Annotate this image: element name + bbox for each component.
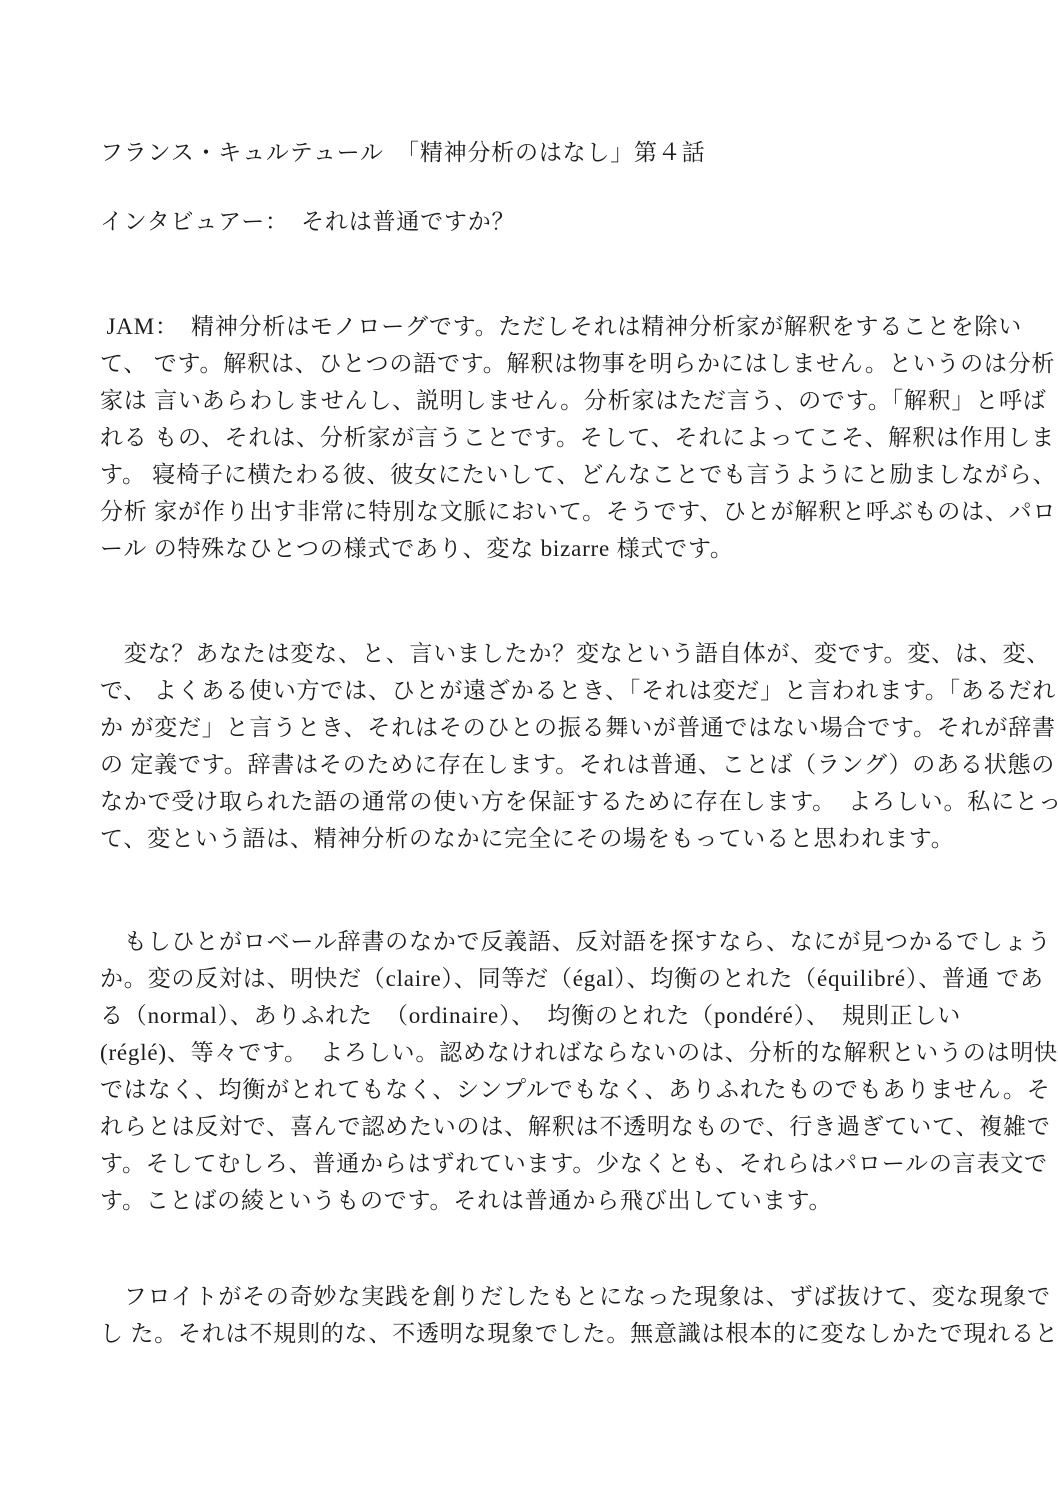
text-line: か。変の反対は、明快だ（claire）、同等だ（égal）、均衡のとれた（équ…	[100, 960, 962, 997]
text-line: す。 寝椅子に横たわる彼、彼女にたいして、どんなことでも言うようにと励ましながら…	[100, 456, 962, 493]
text-line: れらとは反対で、喜んで認めたいのは、解釈は不透明なもので、行き過ぎていて、複雑で	[100, 1108, 962, 1145]
text-line: 家は 言いあらわしませんし、説明しません。分析家はただ言う、のです。「解釈」と呼…	[100, 382, 962, 419]
text-line: 分析 家が作り出す非常に特別な文脈において。そうです、ひとが解釈と呼ぶものは、パ…	[100, 493, 962, 530]
text-line: る（normal）、ありふれた （ordinaire）、 均衡のとれた（pond…	[100, 997, 962, 1034]
paragraph-jam-answer-2: 変な？あなたは変な、と、言いましたか？変なという語自体が、変です。変、は、変、 …	[100, 635, 962, 857]
text-line: て、 です。解釈は、ひとつの語です。解釈は物事を明らかにはしません。というのは分…	[100, 345, 962, 382]
text-line: し た。それは不規則的な、不透明な現象でした。無意識は根本的に変なしかたで現れる…	[100, 1315, 962, 1352]
paragraph-jam-answer-1: JAM： 精神分析はモノローグです。ただしそれは精神分析家が解釈をすることを除い…	[100, 308, 962, 567]
text-line: ール の特殊なひとつの様式であり、変な bizarre 様式です。	[100, 530, 962, 567]
text-line: て、変という語は、精神分析のなかに完全にその場をもっていると思われます。	[100, 820, 962, 857]
paragraph-jam-answer-3: もしひとがロベール辞書のなかで反義語、反対語を探すなら、なにが見つかるでしょう …	[100, 923, 962, 1219]
text-line: もしひとがロベール辞書のなかで反義語、反対語を探すなら、なにが見つかるでしょう	[100, 923, 962, 960]
interviewer-question: インタビュアー： それは普通ですか？	[100, 203, 962, 240]
text-line: す。ことばの綾というものです。それは普通から飛び出しています。	[100, 1182, 962, 1219]
text-line: れる もの、それは、分析家が言うことです。そして、それによってこそ、解釈は作用し…	[100, 419, 962, 456]
text-line: (réglé)、等々です。 よろしい。認めなければならないのは、分析的な解釈とい…	[100, 1034, 962, 1071]
text-line: ではなく、均衡がとれてもなく、シンプルでもなく、ありふれたものでもありません。そ	[100, 1071, 962, 1108]
text-line: フロイトがその奇妙な実践を創りだしたもとになった現象は、ずば抜けて、変な現象で	[100, 1278, 962, 1315]
text-line: の 定義です。辞書はそのために存在します。それは普通、ことば（ラング）のある状態…	[100, 746, 962, 783]
text-line: す。そしてむしろ、普通からはずれています。少なくとも、それらはパロールの言表文で	[100, 1145, 962, 1182]
text-line: 変な？あなたは変な、と、言いましたか？変なという語自体が、変です。変、は、変、	[100, 635, 962, 672]
text-line: なかで受け取られた語の通常の使い方を保証するために存在します。 よろしい。私にと…	[100, 783, 962, 820]
document-page: フランス・キュルテュール 「精神分析のはなし」第４話 インタビュアー： それは普…	[0, 0, 1058, 1497]
text-line: か が変だ」と言うとき、それはそのひとの振る舞いが普通ではない場合です。それが辞…	[100, 709, 962, 746]
document-title: フランス・キュルテュール 「精神分析のはなし」第４話	[100, 134, 962, 171]
paragraph-jam-answer-4: フロイトがその奇妙な実践を創りだしたもとになった現象は、ずば抜けて、変な現象で …	[100, 1278, 962, 1352]
text-line: で、 よくある使い方では、ひとが遠ざかるとき、「それは変だ」と言われます。「ある…	[100, 672, 962, 709]
text-line: JAM： 精神分析はモノローグです。ただしそれは精神分析家が解釈をすることを除い	[100, 308, 962, 345]
